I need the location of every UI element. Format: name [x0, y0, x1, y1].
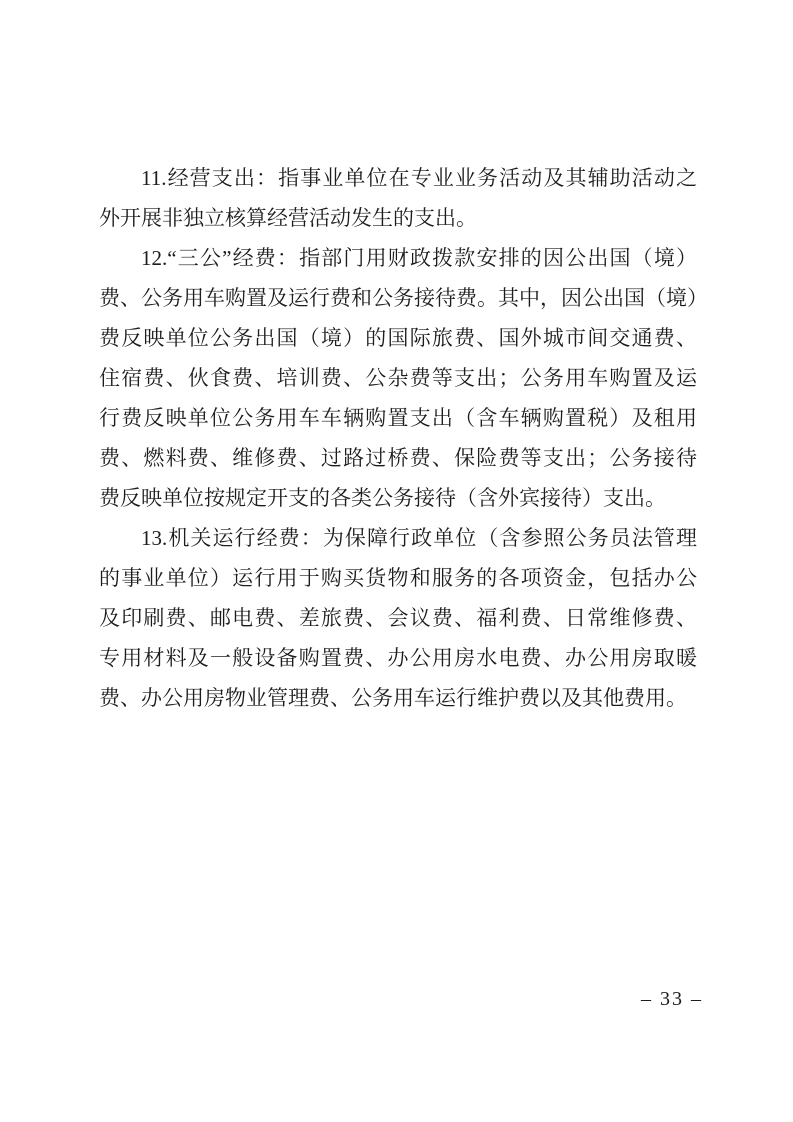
body-text: 11.经营支出：指事业单位在专业业务活动及其辅助活动之 外开展非独立核算经营活动…: [99, 158, 697, 718]
text-line-item13-5: 费、办公用房物业管理费、公务用车运行维护费以及其他费用。: [99, 678, 697, 718]
page-number: – 33 –: [612, 984, 732, 1014]
text-line-item12-1: 12.“三公”经费：指部门用财政拨款安排的因公出国（境）: [99, 238, 697, 278]
text-line-item12-4: 住宿费、伙食费、培训费、公杂费等支出；公务用车购置及运: [99, 358, 697, 398]
text-line-item12-3: 费反映单位公务出国（境）的国际旅费、国外城市间交通费、: [99, 318, 697, 358]
text-line-item12-6: 费、燃料费、维修费、过路过桥费、保险费等支出；公务接待: [99, 438, 697, 478]
text-line-item13-1: 13.机关运行经费：为保障行政单位（含参照公务员法管理: [99, 518, 697, 558]
text-line-item13-3: 及印刷费、邮电费、差旅费、会议费、福利费、日常维修费、: [99, 598, 697, 638]
text-line-item11-1: 11.经营支出：指事业单位在专业业务活动及其辅助活动之: [99, 158, 697, 198]
text-line-item12-5: 行费反映单位公务用车车辆购置支出（含车辆购置税）及租用: [99, 398, 697, 438]
text-line-item12-2: 费、公务用车购置及运行费和公务接待费。其中，因公出国（境）: [99, 278, 697, 318]
text-line-item13-2: 的事业单位）运行用于购买货物和服务的各项资金，包括办公: [99, 558, 697, 598]
text-line-item12-7: 费反映单位按规定开支的各类公务接待（含外宾接待）支出。: [99, 478, 697, 518]
text-line-item11-2: 外开展非独立核算经营活动发生的支出。: [99, 198, 697, 238]
document-page: 11.经营支出：指事业单位在专业业务活动及其辅助活动之 外开展非独立核算经营活动…: [0, 0, 793, 1122]
text-line-item13-4: 专用材料及一般设备购置费、办公用房水电费、办公用房取暖: [99, 638, 697, 678]
